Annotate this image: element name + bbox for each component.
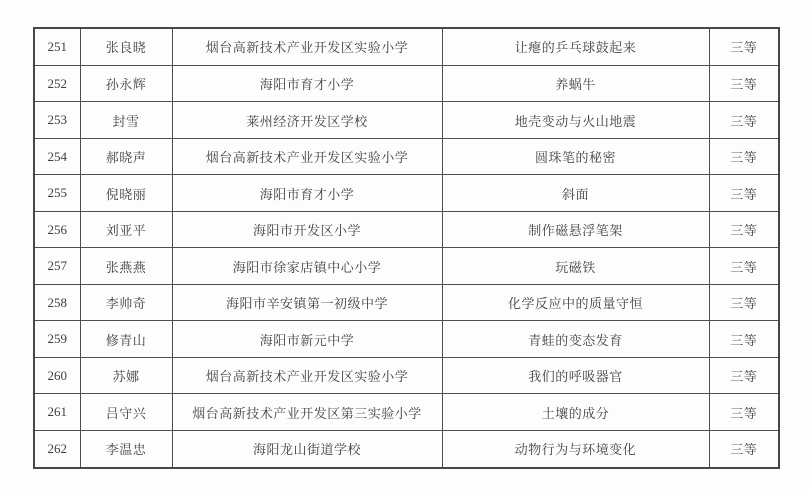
cell-award: 三等	[709, 321, 779, 358]
cell-number: 258	[34, 284, 80, 321]
cell-award: 三等	[709, 28, 779, 65]
cell-number: 256	[34, 211, 80, 248]
cell-school: 海阳市开发区小学	[172, 211, 442, 248]
cell-award: 三等	[709, 357, 779, 394]
cell-name: 苏娜	[80, 357, 172, 394]
awards-table-body: 251张良晓烟台高新技术产业开发区实验小学让瘪的乒乓球鼓起来三等252孙永辉海阳…	[34, 28, 779, 468]
cell-name: 刘亚平	[80, 211, 172, 248]
cell-school: 海阳龙山街道学校	[172, 430, 442, 468]
cell-number: 252	[34, 65, 80, 102]
table-row: 256刘亚平海阳市开发区小学制作磁悬浮笔架三等	[34, 211, 779, 248]
cell-name: 封雪	[80, 102, 172, 139]
cell-project: 斜面	[442, 175, 709, 212]
cell-award: 三等	[709, 248, 779, 285]
table-row: 261吕守兴烟台高新技术产业开发区第三实验小学土壤的成分三等	[34, 394, 779, 431]
table-row: 255倪晓丽海阳市育才小学斜面三等	[34, 175, 779, 212]
cell-number: 254	[34, 138, 80, 175]
cell-award: 三等	[709, 138, 779, 175]
cell-school: 海阳市新元中学	[172, 321, 442, 358]
cell-school: 海阳市徐家店镇中心小学	[172, 248, 442, 285]
cell-project: 土壤的成分	[442, 394, 709, 431]
table-row: 259修青山海阳市新元中学青蛙的变态发育三等	[34, 321, 779, 358]
cell-award: 三等	[709, 394, 779, 431]
cell-project: 动物行为与环境变化	[442, 430, 709, 468]
table-row: 254郝晓声烟台高新技术产业开发区实验小学圆珠笔的秘密三等	[34, 138, 779, 175]
cell-name: 张良晓	[80, 28, 172, 65]
cell-name: 李帅奇	[80, 284, 172, 321]
cell-school: 莱州经济开发区学校	[172, 102, 442, 139]
cell-project: 制作磁悬浮笔架	[442, 211, 709, 248]
cell-school: 烟台高新技术产业开发区第三实验小学	[172, 394, 442, 431]
cell-award: 三等	[709, 175, 779, 212]
cell-project: 圆珠笔的秘密	[442, 138, 709, 175]
cell-number: 251	[34, 28, 80, 65]
cell-name: 孙永辉	[80, 65, 172, 102]
cell-school: 海阳市育才小学	[172, 175, 442, 212]
scanned-document-page: 251张良晓烟台高新技术产业开发区实验小学让瘪的乒乓球鼓起来三等252孙永辉海阳…	[0, 0, 810, 490]
table-row: 262李温忠海阳龙山街道学校动物行为与环境变化三等	[34, 430, 779, 468]
cell-project: 化学反应中的质量守恒	[442, 284, 709, 321]
cell-project: 青蛙的变态发育	[442, 321, 709, 358]
table-row: 252孙永辉海阳市育才小学养蜗牛三等	[34, 65, 779, 102]
table-row: 258李帅奇海阳市辛安镇第一初级中学化学反应中的质量守恒三等	[34, 284, 779, 321]
cell-award: 三等	[709, 102, 779, 139]
cell-name: 倪晓丽	[80, 175, 172, 212]
cell-school: 海阳市育才小学	[172, 65, 442, 102]
cell-school: 烟台高新技术产业开发区实验小学	[172, 28, 442, 65]
cell-number: 262	[34, 430, 80, 468]
cell-award: 三等	[709, 430, 779, 468]
cell-project: 我们的呼吸器官	[442, 357, 709, 394]
cell-name: 李温忠	[80, 430, 172, 468]
cell-number: 253	[34, 102, 80, 139]
cell-number: 257	[34, 248, 80, 285]
cell-project: 让瘪的乒乓球鼓起来	[442, 28, 709, 65]
cell-number: 255	[34, 175, 80, 212]
cell-award: 三等	[709, 284, 779, 321]
cell-number: 260	[34, 357, 80, 394]
table-row: 257张燕燕海阳市徐家店镇中心小学玩磁铁三等	[34, 248, 779, 285]
cell-project: 玩磁铁	[442, 248, 709, 285]
table-row: 260苏娜烟台高新技术产业开发区实验小学我们的呼吸器官三等	[34, 357, 779, 394]
table-row: 253封雪莱州经济开发区学校地壳变动与火山地震三等	[34, 102, 779, 139]
cell-school: 烟台高新技术产业开发区实验小学	[172, 138, 442, 175]
cell-award: 三等	[709, 211, 779, 248]
cell-project: 地壳变动与火山地震	[442, 102, 709, 139]
cell-number: 261	[34, 394, 80, 431]
cell-name: 吕守兴	[80, 394, 172, 431]
cell-number: 259	[34, 321, 80, 358]
cell-school: 海阳市辛安镇第一初级中学	[172, 284, 442, 321]
cell-name: 郝晓声	[80, 138, 172, 175]
awards-table: 251张良晓烟台高新技术产业开发区实验小学让瘪的乒乓球鼓起来三等252孙永辉海阳…	[33, 27, 780, 469]
cell-name: 修青山	[80, 321, 172, 358]
cell-school: 烟台高新技术产业开发区实验小学	[172, 357, 442, 394]
cell-project: 养蜗牛	[442, 65, 709, 102]
cell-name: 张燕燕	[80, 248, 172, 285]
table-row: 251张良晓烟台高新技术产业开发区实验小学让瘪的乒乓球鼓起来三等	[34, 28, 779, 65]
cell-award: 三等	[709, 65, 779, 102]
